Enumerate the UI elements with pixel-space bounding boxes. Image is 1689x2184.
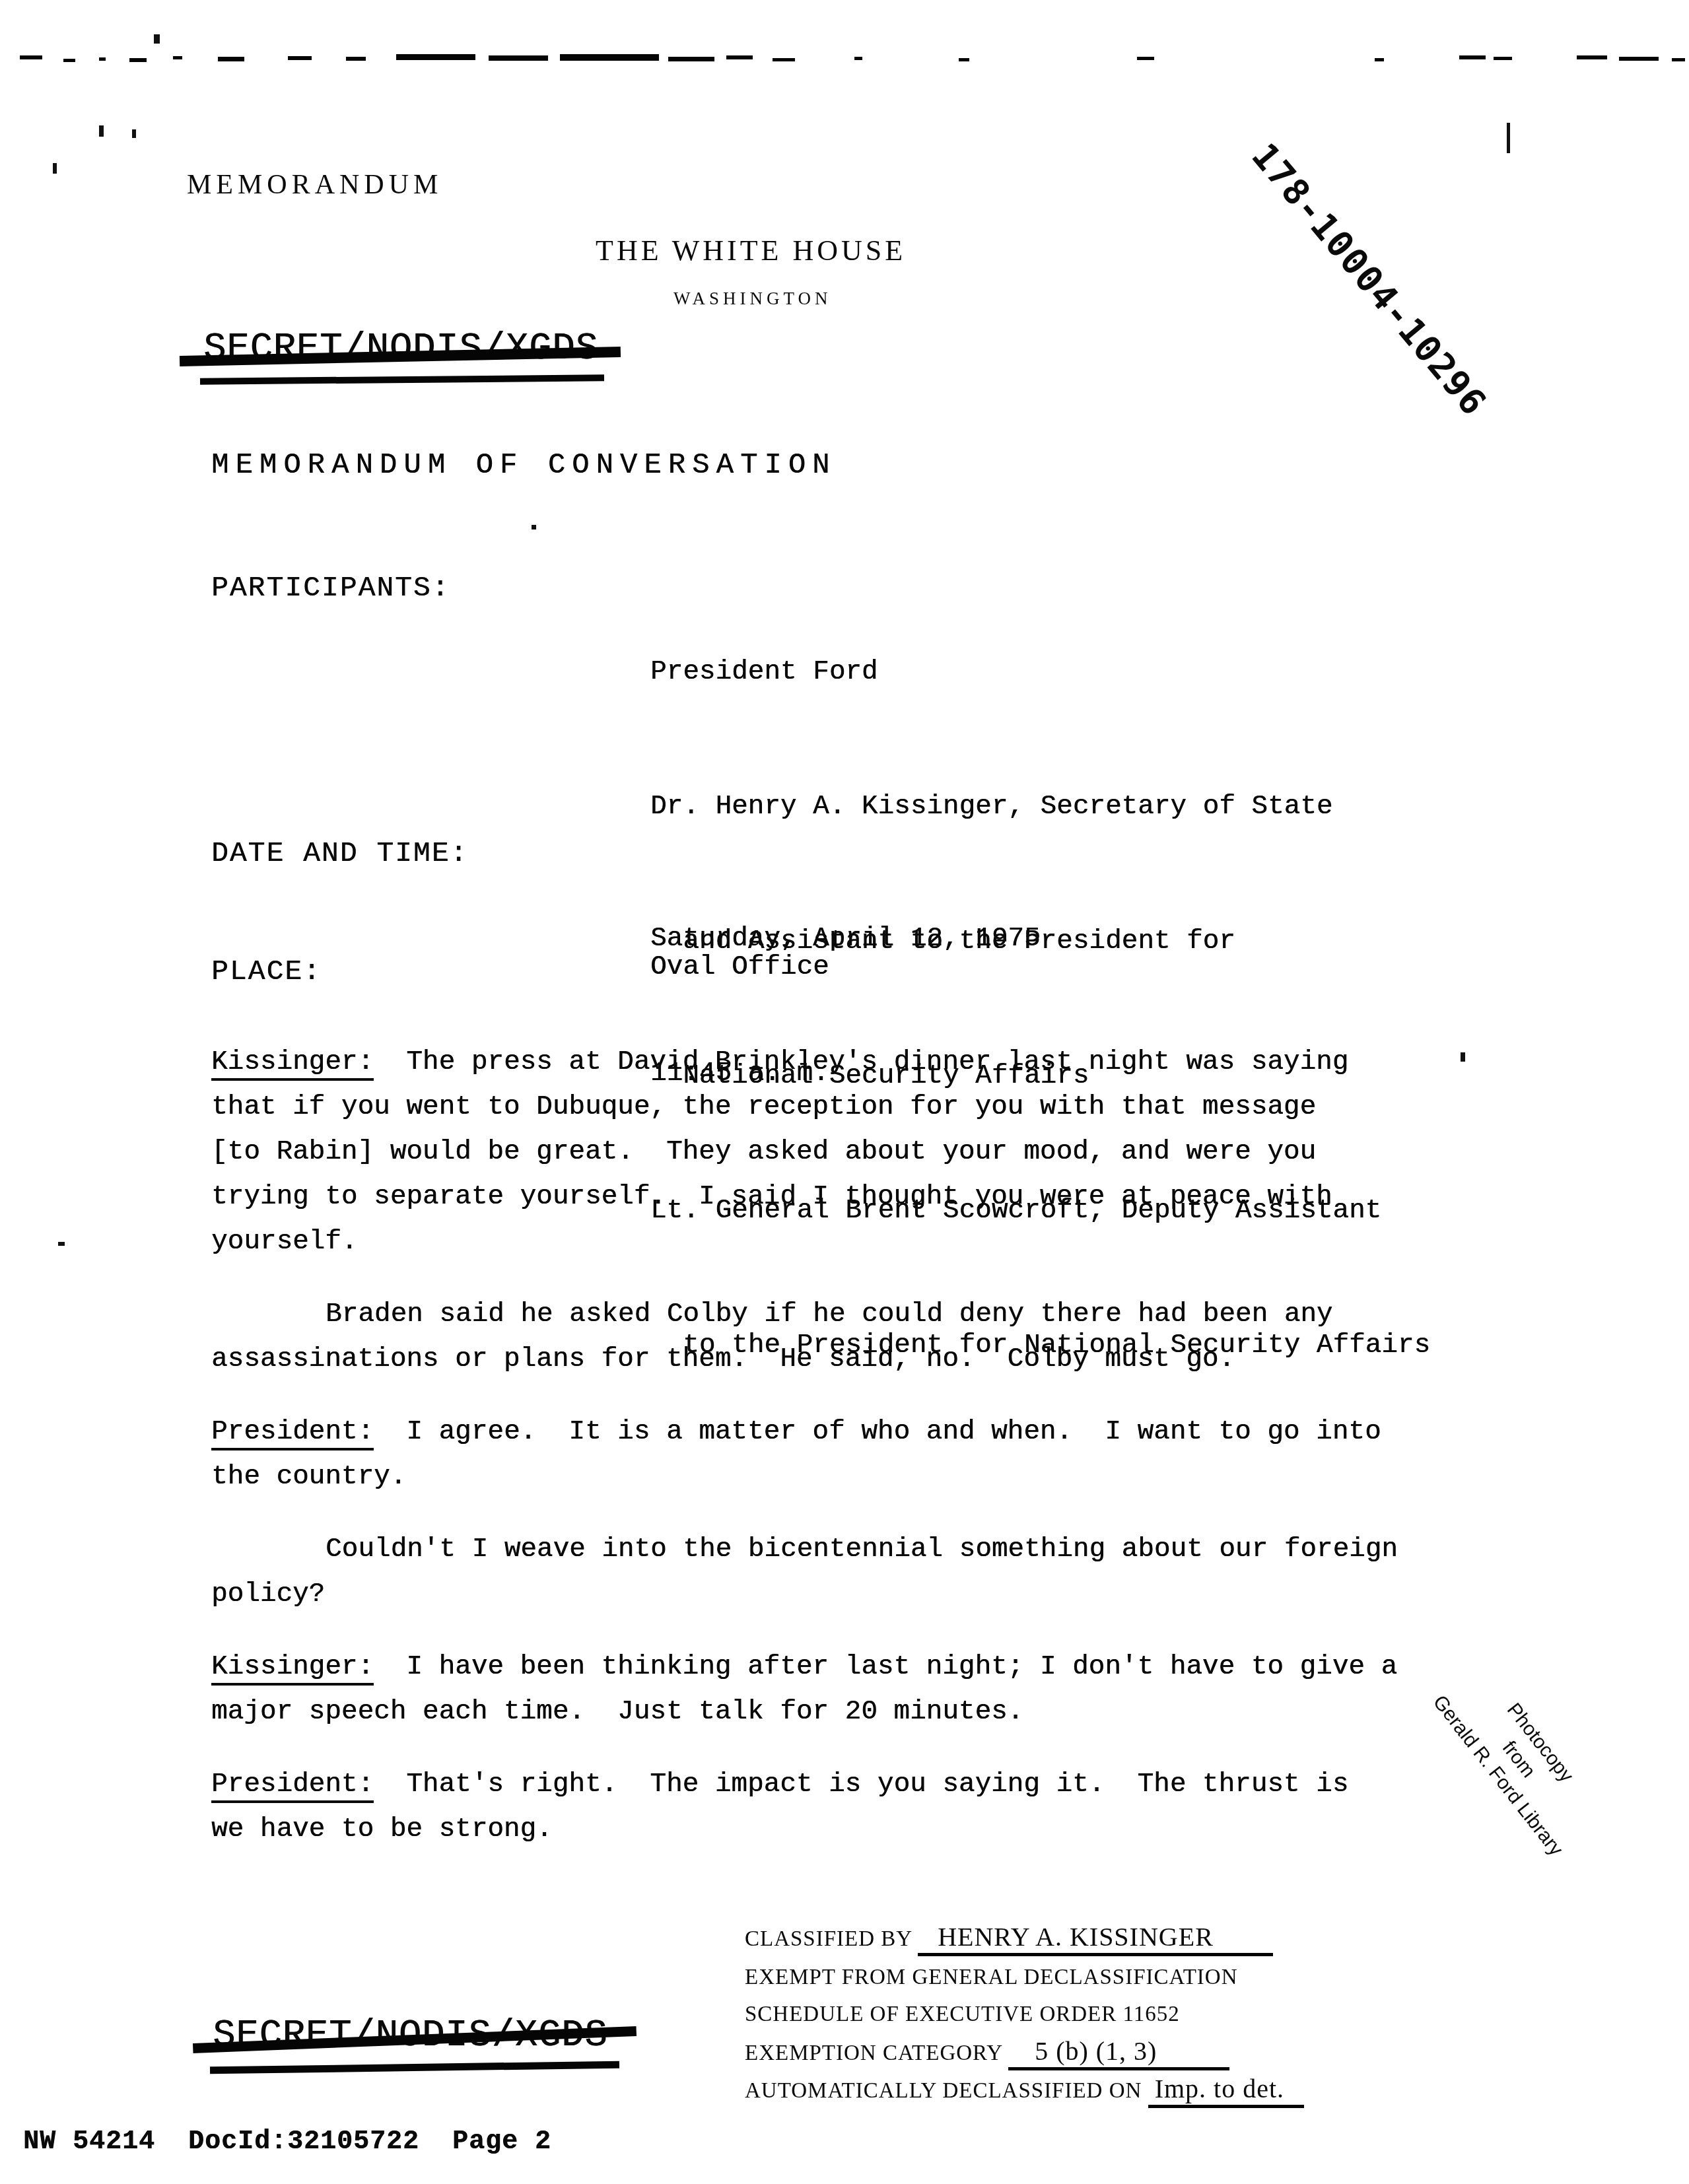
speaker-label: President:	[211, 1417, 374, 1450]
body-line: trying to separate yourself. I said I th…	[211, 1175, 1400, 1219]
scanned-memo-page: MEMORANDUM THE WHITE HOUSE WASHINGTON 17…	[0, 0, 1689, 2184]
body-line: President: That's right. The impact is y…	[211, 1762, 1400, 1807]
page-title: MEMORANDUM OF CONVERSATION	[211, 449, 837, 482]
body-line: [to Rabin] would be great. They asked ab…	[211, 1130, 1400, 1175]
letterhead-title: THE WHITE HOUSE	[596, 234, 906, 267]
body-paragraph: Braden said he asked Colby if he could d…	[211, 1292, 1400, 1382]
underline-mark	[210, 2061, 619, 2074]
declassified-on-line: AUTOMATICALLY DECLASSIFIED ON Imp. to de…	[745, 2074, 1304, 2108]
classified-by-label: CLASSIFIED BY	[745, 1927, 912, 1951]
body-text: I have been thinking after last night; I…	[374, 1652, 1397, 1682]
body-line: Couldn't I weave into the bicentennial s…	[211, 1527, 1400, 1572]
body-line: the country.	[211, 1454, 1400, 1499]
classified-by-value: HENRY A. KISSINGER	[918, 1923, 1273, 1956]
body-paragraph: Kissinger: I have been thinking after la…	[211, 1645, 1400, 1734]
participants-label: PARTICIPANTS:	[211, 572, 450, 604]
body-line: Braden said he asked Colby if he could d…	[211, 1292, 1400, 1337]
body-line: major speech each time. Just talk for 20…	[211, 1689, 1400, 1734]
body-line: Kissinger: The press at David Brinkley's…	[211, 1040, 1400, 1085]
library-photocopy-stamp: Photocopy from Gerald R. Ford Library	[1426, 1657, 1610, 1862]
document-number-stamp: 178-10004-10296	[1243, 135, 1495, 424]
body-line: yourself.	[211, 1219, 1400, 1264]
datetime-label: DATE AND TIME:	[211, 837, 468, 870]
body-line: we have to be strong.	[211, 1807, 1400, 1852]
body-paragraph: President: That's right. The impact is y…	[211, 1762, 1400, 1852]
memorandum-label: MEMORANDUM	[187, 169, 442, 201]
classified-by-line: CLASSIFIED BY HENRY A. KISSINGER	[745, 1923, 1273, 1956]
schedule-line: SCHEDULE OF EXECUTIVE ORDER 11652	[745, 2002, 1180, 2027]
body-text: That's right. The impact is you saying i…	[374, 1769, 1348, 1800]
exempt-line: EXEMPT FROM GENERAL DECLASSIFICATION	[745, 1965, 1237, 1990]
archive-footer: NW 54214 DocId:32105722 Page 2	[23, 2127, 551, 2157]
body-line: assassinations or plans for them. He sai…	[211, 1337, 1400, 1382]
declassified-on-value: Imp. to det.	[1148, 2074, 1304, 2108]
body-text: I agree. It is a matter of who and when.…	[374, 1417, 1381, 1447]
body-text: The press at David Brinkley's dinner las…	[374, 1047, 1348, 1077]
participant-line: Dr. Henry A. Kissinger, Secretary of Sta…	[650, 784, 1430, 829]
body-line: policy?	[211, 1572, 1400, 1617]
declassified-on-label: AUTOMATICALLY DECLASSIFIED ON	[745, 2079, 1142, 2103]
place-label: PLACE:	[211, 955, 322, 988]
body-paragraph: President: I agree. It is a matter of wh…	[211, 1410, 1400, 1499]
participant-line: President Ford	[650, 650, 1430, 695]
body-line: that if you went to Dubuque, the recepti…	[211, 1085, 1400, 1130]
body-line: President: I agree. It is a matter of wh…	[211, 1410, 1400, 1454]
body-line: Kissinger: I have been thinking after la…	[211, 1645, 1400, 1689]
exemption-category-value: 5 (b) (1, 3)	[1008, 2037, 1229, 2070]
body-paragraph: Couldn't I weave into the bicentennial s…	[211, 1527, 1400, 1617]
body-paragraph: Kissinger: The press at David Brinkley's…	[211, 1040, 1400, 1264]
place-value: Oval Office	[650, 945, 829, 990]
speaker-label: Kissinger:	[211, 1652, 374, 1686]
letterhead-subtitle: WASHINGTON	[673, 289, 832, 309]
exemption-category-label: EXEMPTION CATEGORY	[745, 2041, 1002, 2065]
speaker-label: Kissinger:	[211, 1047, 374, 1081]
underline-mark	[200, 374, 604, 384]
exemption-category-line: EXEMPTION CATEGORY 5 (b) (1, 3)	[745, 2037, 1229, 2070]
speaker-label: President:	[211, 1769, 374, 1803]
